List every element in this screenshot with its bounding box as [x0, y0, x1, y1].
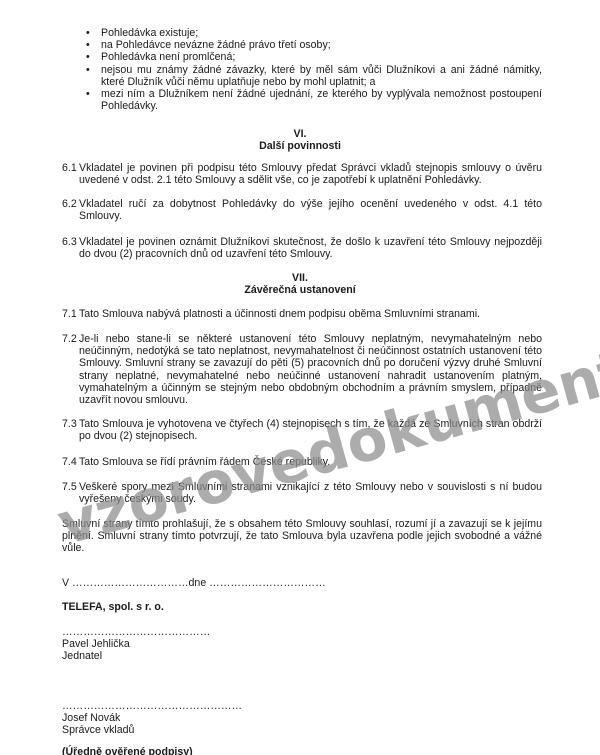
clause-6-2: 6.2 Vkladatel ručí za dobytnost Pohledáv…	[62, 198, 542, 222]
clause-7-4: 7.4 Tato Smlouva se řídí právním řádem Č…	[62, 456, 542, 468]
clause-text: Veškeré spory mezi Smluvními stranami vz…	[79, 481, 542, 505]
bullet-icon: •	[86, 39, 90, 51]
section-7-title: Závěrečná ustanovení	[0, 284, 600, 296]
clause-text: Tato Smlouva se řídí právním řádem České…	[79, 456, 542, 468]
clause-number: 7.2	[62, 333, 77, 345]
clause-7-5: 7.5 Veškeré spory mezi Smluvními stranam…	[62, 481, 542, 505]
clause-6-3: 6.3 Vkladatel je povinen oznámit Dlužník…	[62, 236, 542, 260]
certified-signatures-note: (Úředně ověřené podpisy)	[62, 746, 193, 755]
clause-text: Vkladatel ručí za dobytnost Pohledávky d…	[79, 198, 542, 222]
signature-line-2: ……………………………………………	[62, 700, 242, 712]
clause-text: Vkladatel je povinen oznámit Dlužníkovi …	[79, 236, 542, 260]
section-7-number: VII.	[0, 272, 600, 284]
clause-number: 7.4	[62, 456, 77, 468]
clause-number: 6.2	[62, 198, 77, 210]
bullet-icon: •	[86, 27, 90, 39]
section-6-number: VI.	[0, 128, 600, 140]
clause-7-2: 7.2 Je-li nebo stane-li se některé ustan…	[62, 333, 542, 406]
list-item: •na Pohledávce nevázne žádné právo třetí…	[86, 39, 542, 51]
warranty-bullet-list: •Pohledávka existuje; •na Pohledávce nev…	[86, 27, 542, 112]
clause-7-3: 7.3 Tato Smlouva je vyhotovena ve čtyřec…	[62, 418, 542, 442]
signatory-name-1: Pavel Jehlička	[62, 638, 130, 650]
clause-text: Je-li nebo stane-li se některé ustanoven…	[79, 333, 542, 406]
list-item: •Pohledávka není promlčená;	[86, 51, 542, 63]
signatory-role-2: Správce vkladů	[62, 724, 134, 736]
clause-number: 7.3	[62, 418, 77, 430]
clause-text: Tato Smlouva nabývá platnosti a účinnost…	[79, 308, 542, 320]
clause-number: 7.1	[62, 308, 77, 320]
clause-number: 7.5	[62, 481, 77, 493]
place-date-line: V ……………………………dne ……………………………	[62, 577, 326, 589]
section-6-title: Další povinnosti	[0, 140, 600, 152]
list-item: •nejsou mu známy žádné závazky, které by…	[86, 64, 542, 88]
bullet-icon: •	[86, 88, 90, 100]
company-name: TELEFA, spol. s r. o.	[62, 601, 164, 613]
list-item: •mezi ním a Dlužníkem není žádné ujednán…	[86, 88, 542, 112]
clause-7-1: 7.1 Tato Smlouva nabývá platnosti a účin…	[62, 308, 542, 320]
document-page: •Pohledávka existuje; •na Pohledávce nev…	[0, 0, 600, 755]
clause-number: 6.1	[62, 162, 77, 174]
signatory-name-2: Josef Novák	[62, 712, 120, 724]
signatory-role-1: Jednatel	[62, 650, 102, 662]
clause-number: 6.3	[62, 236, 77, 248]
clause-6-1: 6.1 Vkladatel je povinen při podpisu tét…	[62, 162, 542, 186]
signature-line-1: ……………………………………	[62, 626, 210, 638]
list-item: •Pohledávka existuje;	[86, 27, 542, 39]
clause-text: Vkladatel je povinen při podpisu této Sm…	[79, 162, 542, 186]
bullet-icon: •	[86, 64, 90, 76]
closing-paragraph: Smluvní strany tímto prohlašují, že s ob…	[62, 518, 542, 555]
bullet-icon: •	[86, 51, 90, 63]
clause-text: Tato Smlouva je vyhotovena ve čtyřech (4…	[79, 418, 542, 442]
